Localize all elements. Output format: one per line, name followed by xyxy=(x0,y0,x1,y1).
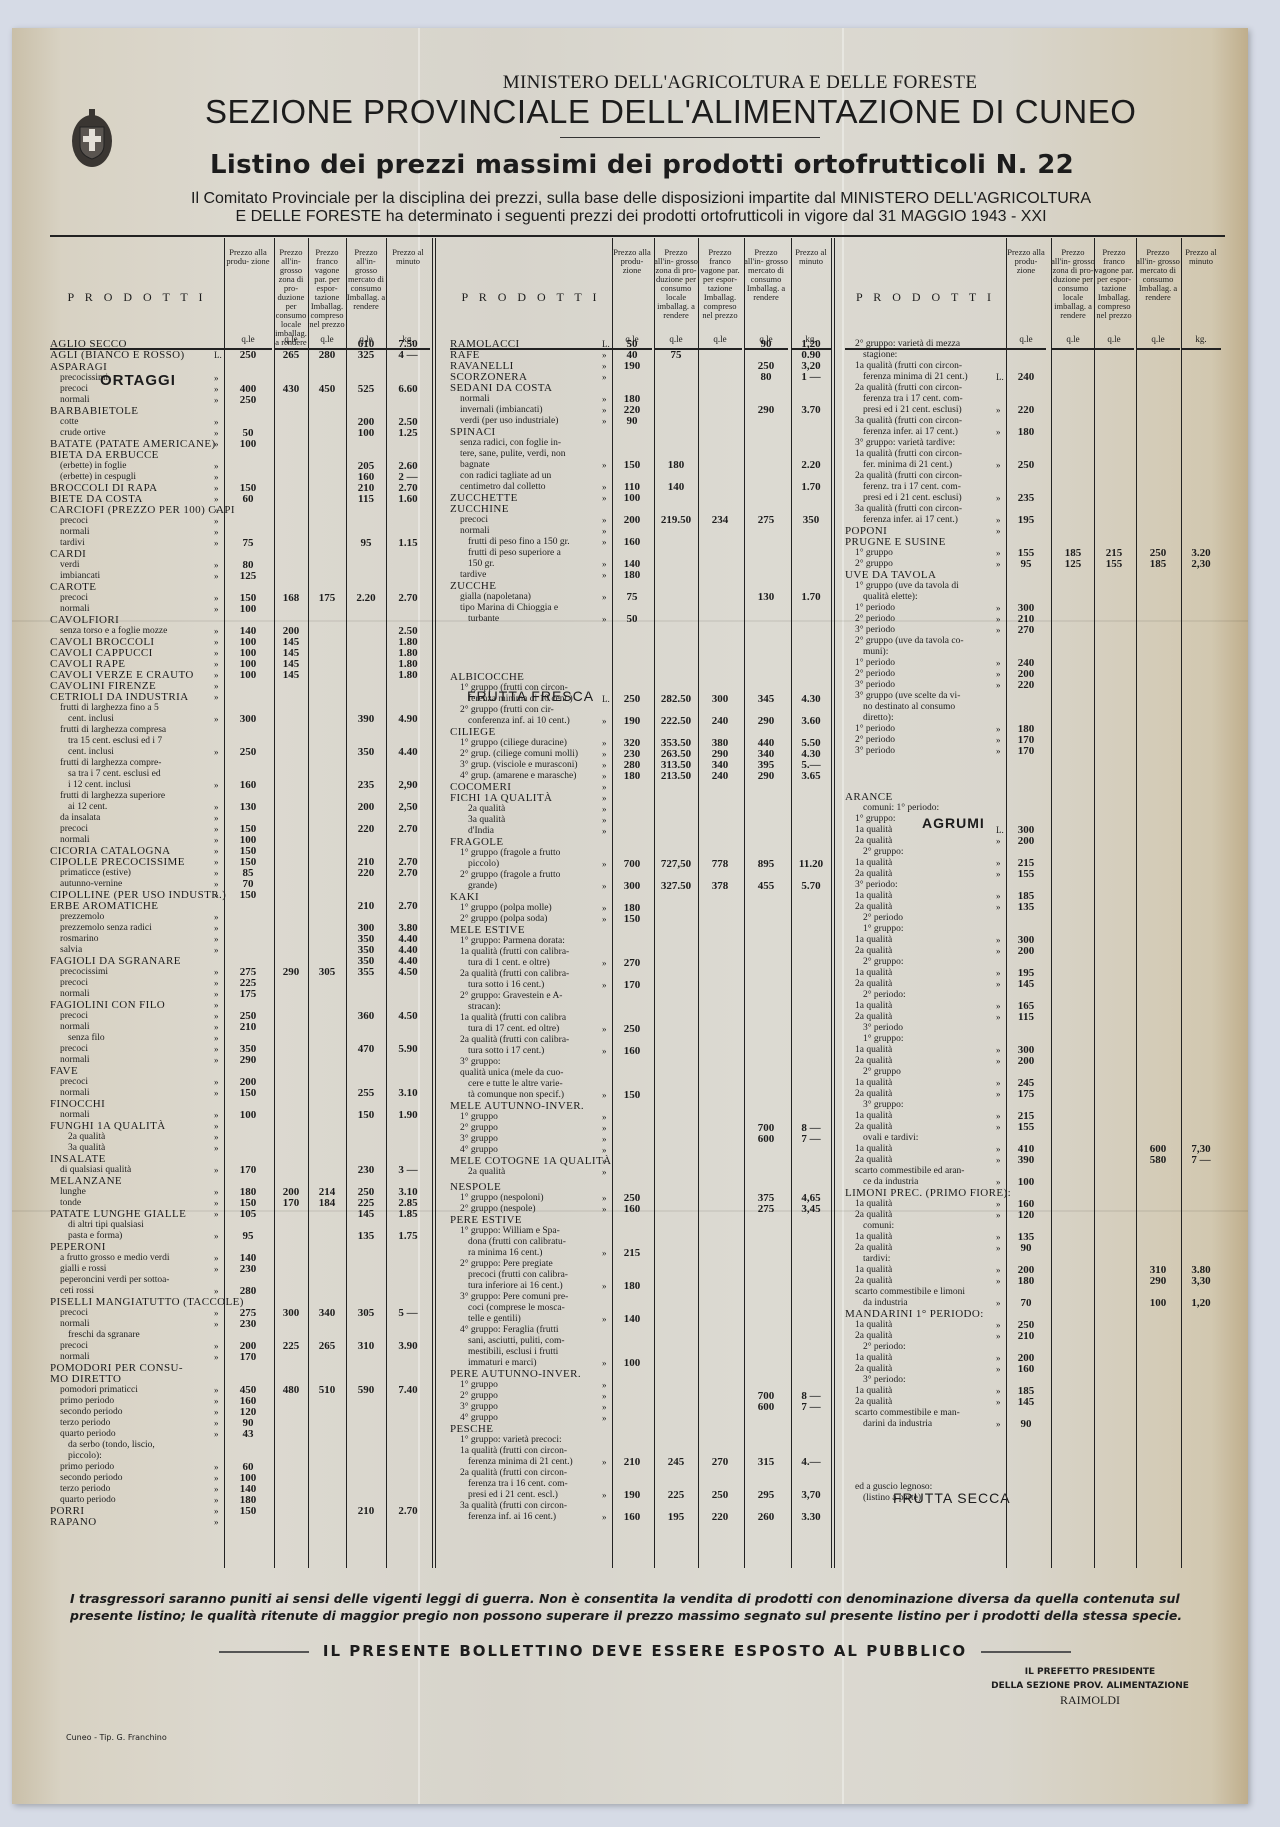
product-name: ferenza infer. ai 17 cent.) xyxy=(845,427,958,438)
price-cell: 1.75 xyxy=(386,1231,430,1242)
ditto-mark: » xyxy=(214,1407,219,1418)
ditto-mark: » xyxy=(996,1144,1001,1155)
product-name: 2° gruppo: xyxy=(845,847,903,858)
ditto-mark: » xyxy=(996,603,1001,614)
product-name: PERE ESTIVE xyxy=(450,1215,522,1226)
price-cell: 210 xyxy=(1006,1331,1046,1342)
product-name: MELE COTOGNE 1a qualità xyxy=(450,1156,611,1167)
price-cell: 90 xyxy=(1006,1243,1046,1254)
price-cell: 3 — xyxy=(386,1165,430,1176)
product-name: CIPOLLE precocissime xyxy=(50,857,185,868)
product-name: telle e gentili) xyxy=(450,1314,521,1325)
ditto-mark: » xyxy=(214,1187,219,1198)
ditto-mark: » xyxy=(214,802,219,813)
ditto-mark: » xyxy=(602,460,607,471)
column-unit: q.le xyxy=(1094,335,1134,344)
product-name: precoci xyxy=(50,1077,88,1088)
price-cell: 1.70 xyxy=(791,482,831,493)
price-cell: 1.15 xyxy=(386,538,430,549)
panel-double-rule xyxy=(831,238,835,1568)
price-cell: 3,45 xyxy=(791,1204,831,1215)
ditto-mark: » xyxy=(602,914,607,925)
price-cell: 195 xyxy=(1006,515,1046,526)
product-name: prezzemolo xyxy=(50,912,104,923)
ditto-mark: » xyxy=(214,1077,219,1088)
products-column-label: P R O D O T T I xyxy=(845,290,1006,305)
price-cell: 115 xyxy=(1006,1012,1046,1023)
product-name: a frutto grosso e medio verdi xyxy=(50,1253,170,1264)
product-name: quarto periodo xyxy=(50,1429,116,1440)
price-cell: 190 xyxy=(612,1490,652,1501)
ditto-mark: » xyxy=(602,1281,607,1292)
ditto-mark: L. xyxy=(996,372,1004,383)
product-name: terzo periodo xyxy=(50,1484,110,1495)
ditto-mark: » xyxy=(602,1314,607,1325)
product-name: 1a qualità xyxy=(845,1001,892,1012)
ditto-mark: » xyxy=(602,1380,607,1391)
product-name: 2° gruppo (frutti con cir- xyxy=(450,705,554,716)
price-cell: 220 xyxy=(346,868,386,879)
ditto-mark: » xyxy=(996,1111,1001,1122)
column-unit: q.le xyxy=(224,335,272,344)
price-cell: 90 xyxy=(744,339,788,350)
ditto-mark: » xyxy=(214,923,219,934)
products-header: P R O D O T T I xyxy=(450,238,612,350)
price-cell: 295 xyxy=(744,1490,788,1501)
product-name: fer. minima di 21 cent.) xyxy=(845,460,952,471)
price-cell: 120 xyxy=(1006,1210,1046,1221)
ditto-mark: » xyxy=(996,1276,1001,1287)
ditto-mark: » xyxy=(996,1155,1001,1166)
product-name: 3a qualità xyxy=(450,815,505,826)
ditto-mark: » xyxy=(602,881,607,892)
product-name: primo periodo xyxy=(50,1462,114,1473)
price-cell: 2.70 xyxy=(386,1506,430,1517)
product-name: PERE AUTUNNO-INVER. xyxy=(450,1369,581,1380)
column-unit: q.le xyxy=(1051,335,1095,344)
price-cell: 2,90 xyxy=(386,780,430,791)
column-header-text: Prezzo all'in- grosso zona di pro- duzio… xyxy=(1051,248,1095,320)
ditto-mark: » xyxy=(602,1167,607,1178)
product-name: 2° gruppo xyxy=(450,1123,498,1134)
product-name: 1° gruppo xyxy=(450,1380,498,1391)
ditto-mark: » xyxy=(214,1088,219,1099)
price-cell: 7.40 xyxy=(386,1385,430,1396)
ditto-mark: » xyxy=(214,681,219,692)
product-name: secondo periodo xyxy=(50,1407,123,1418)
product-name: peperoncini verdi per sottoa- xyxy=(50,1275,169,1286)
product-name: 1° gruppo (nespoloni) xyxy=(450,1193,543,1204)
column-unit: q.le xyxy=(698,335,742,344)
intro-line-1: Il Comitato Provinciale per la disciplin… xyxy=(76,190,1206,208)
price-cell: 100 xyxy=(224,1110,272,1121)
ditto-mark: » xyxy=(214,461,219,472)
ditto-mark: » xyxy=(602,416,607,427)
ditto-mark: » xyxy=(996,460,1001,471)
price-cell: 282.50 xyxy=(654,694,698,705)
product-name: precoci xyxy=(50,824,88,835)
ditto-mark: » xyxy=(996,1331,1001,1342)
product-name: 2a qualità xyxy=(845,836,892,847)
price-cell: 4.30 xyxy=(791,694,831,705)
ditto-mark: » xyxy=(602,1512,607,1523)
product-name: precoci xyxy=(50,593,88,604)
ditto-mark: » xyxy=(602,1490,607,1501)
price-cell: 1.25 xyxy=(386,428,430,439)
ditto-mark: » xyxy=(602,903,607,914)
product-name: 1a qualità xyxy=(845,935,892,946)
product-name: 1° gruppo (polpa molle) xyxy=(450,903,552,914)
product-name: 3° periodo xyxy=(845,680,895,691)
ditto-mark: » xyxy=(214,868,219,879)
product-name: 2a qualità xyxy=(845,1364,892,1375)
ditto-mark: » xyxy=(996,968,1001,979)
product-name: normali xyxy=(50,1022,90,1033)
price-cell: 2.20 xyxy=(346,593,386,604)
product-name: tere, sane, pulite, verdi, non xyxy=(450,449,566,460)
ditto-mark: » xyxy=(214,538,219,549)
price-cell: 390 xyxy=(346,714,386,725)
price-cell: 180 xyxy=(612,771,652,782)
display-notice-text: IL PRESENTE BOLLETTINO DEVE ESSERE ESPOS… xyxy=(323,1642,967,1660)
product-name: 1a qualità xyxy=(845,1386,892,1397)
product-name: 1° gruppo xyxy=(845,548,893,559)
product-name: di altri tipi qualsiasi xyxy=(50,1220,144,1231)
price-cell: 1.90 xyxy=(386,1110,430,1121)
price-cell: 895 xyxy=(744,859,788,870)
product-name: primaticce (estive) xyxy=(50,868,131,879)
ditto-mark: » xyxy=(602,1204,607,1215)
column-rule xyxy=(791,238,792,1568)
price-cell: 140 xyxy=(612,1314,652,1325)
product-name: 2° periodo: xyxy=(845,1342,906,1353)
product-name: precocissimi xyxy=(50,967,108,978)
signer-title-1: IL PREFETTO PRESIDENTE xyxy=(960,1665,1220,1679)
price-cell: 145 xyxy=(1006,1397,1046,1408)
price-cell: 219.50 xyxy=(654,515,698,526)
product-name: ovali e tardivi: xyxy=(845,1133,918,1144)
column-header-text: Prezzo all'in- grosso mercato di consumo… xyxy=(1136,248,1180,302)
product-name: 3° periodo xyxy=(845,746,895,757)
price-cell: 160 xyxy=(612,1204,652,1215)
ditto-mark: » xyxy=(602,405,607,416)
product-name: ai 12 cent. xyxy=(50,802,107,813)
price-cell: 80 xyxy=(744,372,788,383)
price-cell: 378 xyxy=(698,881,742,892)
product-name: tura di 17 cent. ed oltre) xyxy=(450,1024,559,1035)
ditto-mark: L. xyxy=(996,825,1004,836)
intro-text: Il Comitato Provinciale per la disciplin… xyxy=(76,190,1206,226)
intro-line-2: E DELLE FORESTE ha determinato i seguent… xyxy=(76,208,1206,226)
signature-block: IL PREFETTO PRESIDENTE DELLA SEZIONE PRO… xyxy=(960,1665,1220,1707)
product-name: precoci (frutti con calibra- xyxy=(450,1270,568,1281)
ditto-mark: » xyxy=(602,372,607,383)
product-name: diretto): xyxy=(845,713,894,724)
product-name: precoci xyxy=(450,515,488,526)
product-name: qualità elette): xyxy=(845,592,918,603)
price-cell: 250 xyxy=(1006,460,1046,471)
ditto-mark: » xyxy=(602,1413,607,1424)
products-column-label: P R O D O T T I xyxy=(450,290,612,305)
ditto-mark: » xyxy=(214,516,219,527)
product-name: precoci xyxy=(50,516,88,527)
printer-imprint: Cuneo - Tip. G. Franchino xyxy=(66,1733,167,1742)
price-cell: 305 xyxy=(346,1308,386,1319)
price-cell: 150 xyxy=(224,890,272,901)
ditto-mark: » xyxy=(602,782,607,793)
product-name: 2a qualità xyxy=(450,804,505,815)
document-title: Listino dei prezzi massimi dei prodotti … xyxy=(210,150,1074,180)
ditto-mark: » xyxy=(996,1199,1001,1210)
price-cell: 4.40 xyxy=(386,747,430,758)
product-name: 3° gruppo: Pere comuni pre- xyxy=(450,1292,568,1303)
product-name: muni): xyxy=(845,647,888,658)
ministry-heading: MINISTERO DELL'AGRICOLTURA E DELLE FORES… xyxy=(0,72,1280,94)
price-cell: 184 xyxy=(308,1198,346,1209)
ditto-mark: » xyxy=(214,373,219,384)
price-cell: 6.60 xyxy=(386,384,430,395)
product-name: SPINACI xyxy=(450,427,496,438)
product-name: 1a qualità xyxy=(845,825,892,836)
ditto-mark: » xyxy=(214,835,219,846)
ditto-mark: » xyxy=(214,670,219,681)
ditto-mark: » xyxy=(602,716,607,727)
product-name: stagione: xyxy=(845,350,897,361)
price-cell: 155 xyxy=(1006,1122,1046,1133)
ditto-mark: » xyxy=(996,1056,1001,1067)
savoy-crest-icon xyxy=(68,105,116,173)
column-header-text: Prezzo al minuto xyxy=(791,248,831,266)
price-cell: 195 xyxy=(654,1512,698,1523)
column-rule xyxy=(1136,238,1137,1568)
section-heading: SEZIONE PROVINCIALE DELL'ALIMENTAZIONE D… xyxy=(205,93,1136,131)
price-cell: 600 xyxy=(744,1402,788,1413)
table-top-rule xyxy=(50,235,1225,237)
price-cell: 300 xyxy=(274,1308,308,1319)
price-cell: 350 xyxy=(791,515,831,526)
price-cell: 100 xyxy=(224,439,272,450)
ditto-mark: » xyxy=(996,1243,1001,1254)
price-cell: 213.50 xyxy=(654,771,698,782)
column-header-2: Prezzo all'in- grosso zona di pro- duzio… xyxy=(1051,238,1095,350)
ditto-mark: » xyxy=(214,637,219,648)
price-cell: 260 xyxy=(744,1512,788,1523)
product-name: 3° gruppo: xyxy=(845,1100,903,1111)
price-cell: 200 xyxy=(612,515,652,526)
price-cell: 75 xyxy=(612,592,652,603)
price-cell: 7 — xyxy=(791,1402,831,1413)
price-cell: 275 xyxy=(744,1204,788,1215)
column-header-text: Prezzo al minuto xyxy=(1181,248,1221,266)
ditto-mark: » xyxy=(602,394,607,405)
column-unit: kg. xyxy=(1181,335,1221,344)
price-cell: 170 xyxy=(274,1198,308,1209)
price-cell: 4.50 xyxy=(386,967,430,978)
price-cell: 240 xyxy=(1006,372,1046,383)
ditto-mark: » xyxy=(996,526,1001,537)
products-column-label: P R O D O T T I xyxy=(50,290,224,305)
price-cell: 95 xyxy=(1006,559,1046,570)
product-name: 1a qualità xyxy=(845,1144,892,1155)
ditto-mark: » xyxy=(602,1391,607,1402)
price-cell: 145 xyxy=(1006,979,1046,990)
product-name: frutti di larghezza superiore xyxy=(50,791,165,802)
ditto-mark: » xyxy=(602,526,607,537)
product-name: ra minima 16 cent.) xyxy=(450,1248,542,1259)
product-name: 150 gr. xyxy=(450,559,494,570)
price-cell: 235 xyxy=(346,780,386,791)
ditto-mark: » xyxy=(214,1132,219,1143)
price-cell: 315 xyxy=(744,1457,788,1468)
product-name: 3° periodo: xyxy=(845,880,898,891)
column-header-text: Prezzo all'in- grosso zona di pro- duzio… xyxy=(654,248,698,320)
product-name: tura sotto i 17 cent.) xyxy=(450,1046,544,1057)
price-cell: 155 xyxy=(1006,869,1046,880)
price-cell: 180 xyxy=(612,1281,652,1292)
ditto-mark: » xyxy=(214,1495,219,1506)
product-name: CARDI xyxy=(50,549,86,560)
dash-divider xyxy=(981,1651,1071,1653)
product-name: 2a qualità xyxy=(845,1122,892,1133)
product-name: 3a qualità (frutti con circon- xyxy=(450,1501,567,1512)
price-cell: 390 xyxy=(1006,1155,1046,1166)
column-rule xyxy=(308,238,309,1568)
price-cell: 7 — xyxy=(1181,1155,1221,1166)
price-cell: 235 xyxy=(1006,493,1046,504)
price-cell: 150 xyxy=(612,914,652,925)
price-cell: 510 xyxy=(308,1385,346,1396)
price-cell: 115 xyxy=(346,494,386,505)
ditto-mark: » xyxy=(214,417,219,428)
ditto-mark: » xyxy=(602,1457,607,1468)
product-name: 1° gruppo: xyxy=(845,814,895,825)
price-cell: 3.70 xyxy=(791,405,831,416)
price-cell: 160 xyxy=(612,1046,652,1057)
product-name: tardivi: xyxy=(845,1254,890,1265)
product-name: MO DIRETTO xyxy=(50,1374,121,1385)
price-cell: 150 xyxy=(612,460,652,471)
ditto-mark: » xyxy=(996,869,1001,880)
product-name: no destinato al consumo xyxy=(845,702,955,713)
ditto-mark: » xyxy=(214,967,219,978)
price-cell: 170 xyxy=(612,980,652,991)
ditto-mark: » xyxy=(214,1319,219,1330)
product-name: PEPERONI xyxy=(50,1242,106,1253)
product-name: sa tra i 7 cent. esclusi ed xyxy=(50,769,161,780)
price-panel-3: P R O D O T T IPrezzo alla produ- zioneq… xyxy=(845,238,1225,1568)
price-cell: 1.60 xyxy=(386,494,430,505)
price-cell: 250 xyxy=(224,350,272,361)
price-cell: 4.90 xyxy=(386,714,430,725)
price-cell: 290 xyxy=(224,1055,272,1066)
product-name: PRUGNE E SUSINE xyxy=(845,537,946,548)
product-name: 1a qualità xyxy=(845,891,892,902)
product-name: 2a qualità xyxy=(845,1056,892,1067)
column-rule xyxy=(1181,238,1182,1568)
product-name: PATATE lunghe gialle xyxy=(50,1209,186,1220)
product-name: ARANCE xyxy=(845,792,893,803)
ditto-mark: » xyxy=(214,1022,219,1033)
product-name: rosmarino xyxy=(50,934,99,945)
ditto-mark: » xyxy=(602,493,607,504)
column-header-5: Prezzo al minutokg. xyxy=(1181,238,1221,350)
product-name: 2° periodo xyxy=(845,735,895,746)
price-cell: 250 xyxy=(224,747,272,758)
price-cell: 145 xyxy=(346,1209,386,1220)
ditto-mark: » xyxy=(214,1231,219,1242)
column-header-text: Prezzo franco vagone par. per espor- taz… xyxy=(698,248,742,320)
product-name: precoci xyxy=(50,1011,88,1022)
price-cell: 3.60 xyxy=(791,716,831,727)
price-cell: 100 xyxy=(612,493,652,504)
price-cell: 175 xyxy=(308,593,346,604)
price-cell: 2,30 xyxy=(1181,559,1221,570)
product-name: tipo Marina di Chioggia e xyxy=(450,603,558,614)
price-cell: 580 xyxy=(1136,1155,1180,1166)
product-name: 2° gruppo: Gravestein e A- xyxy=(450,991,562,1002)
price-cell: 145 xyxy=(274,670,308,681)
section-ortaggi: ORTAGGI xyxy=(100,372,176,389)
ditto-mark: » xyxy=(214,1352,219,1363)
column-rule xyxy=(744,238,745,1568)
product-name: INSALATE xyxy=(50,1154,106,1165)
column-header-4: Prezzo all'in- grosso mercato di consumo… xyxy=(1136,238,1180,350)
product-name: 1° periodo xyxy=(845,724,895,735)
ditto-mark: » xyxy=(602,1248,607,1259)
price-cell: 160 xyxy=(612,1512,652,1523)
product-name: 2a qualità xyxy=(845,1397,892,1408)
product-name: frutti di larghezza fino a 5 xyxy=(50,703,159,714)
product-name: BIETA DA ERBUCCE xyxy=(50,450,159,461)
ditto-mark: » xyxy=(602,559,607,570)
price-cell: 480 xyxy=(274,1385,308,1396)
price-cell: 75 xyxy=(224,538,272,549)
products-header: P R O D O T T I xyxy=(845,238,1006,350)
product-name: frutti di peso fino a 150 gr. xyxy=(450,537,570,548)
ditto-mark: » xyxy=(214,1165,219,1176)
price-cell: 3.10 xyxy=(386,1088,430,1099)
price-cell: 220 xyxy=(1006,405,1046,416)
price-cell: 300 xyxy=(224,714,272,725)
ditto-mark: » xyxy=(602,1046,607,1057)
ditto-mark: » xyxy=(602,1134,607,1145)
product-name: 1° gruppo: varietà precoci: xyxy=(450,1435,562,1446)
price-cell: 2.20 xyxy=(791,460,831,471)
section-frutta-secca: FRUTTA SECCA xyxy=(893,1490,1011,1506)
product-name: tura di 1 cent. e oltre) xyxy=(450,958,550,969)
price-cell: 210 xyxy=(346,901,386,912)
column-header-text: Prezzo alla produ- zione xyxy=(224,248,272,266)
ditto-mark: » xyxy=(996,1122,1001,1133)
price-cell: 210 xyxy=(346,1506,386,1517)
ditto-mark: » xyxy=(602,1156,607,1167)
price-cell: 180 xyxy=(1006,427,1046,438)
price-cell: 185 xyxy=(1136,559,1180,570)
product-name: da insalata xyxy=(50,813,100,824)
price-cell: 150 xyxy=(346,1110,386,1121)
price-cell: 470 xyxy=(346,1044,386,1055)
product-name: piccolo) xyxy=(450,859,499,870)
product-name: sani, asciutti, puliti, com- xyxy=(450,1336,565,1347)
product-name: CILIEGE xyxy=(450,727,496,738)
ditto-mark: » xyxy=(214,384,219,395)
product-name: 1° gruppo (ciliege duracine) xyxy=(450,738,567,749)
product-name: (erbette) in foglie xyxy=(50,461,126,472)
products-header: P R O D O T T I xyxy=(50,238,224,350)
column-header-text: Prezzo all'in- grosso mercato di consumo… xyxy=(744,248,788,302)
ditto-mark: » xyxy=(602,482,607,493)
price-cell: 240 xyxy=(698,716,742,727)
